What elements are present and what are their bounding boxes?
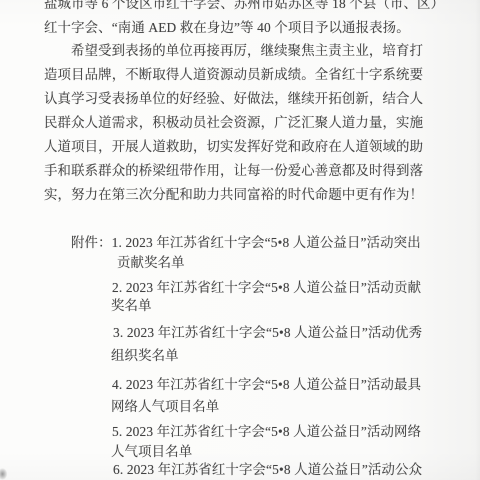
attachment-item-line: 人气项目名单 (111, 443, 192, 460)
body-line: 民群众人道需求，积极动员社会资源，广泛汇聚人道力量，实施 (44, 114, 423, 131)
attachment-item-line: 组织奖名单 (111, 347, 179, 364)
attachment-item-text: 1. 2023 年江苏省红十字会“5•8 人道公益日”活动突出 (112, 234, 421, 251)
body-line: 实，努力在第三次分配和助力共同富裕的时代命题中更有作为！ (44, 186, 423, 203)
document-page: 盐城市等 6 个设区市红十字会、苏州市姑苏区等 18 个县（市、区） 红十字会、… (0, 0, 480, 480)
body-line: 认真学习受表扬单位的好经验、好做法，继续开拓创新，结合人 (44, 90, 423, 107)
attachment-item-line: 3. 2023 年江苏省红十字会“5•8 人道公益日”活动优秀 (113, 324, 422, 341)
attachment-label: 附件： (71, 234, 112, 251)
attachment-item-line: 6. 2023 年江苏省红十字会“5•8 人道公益日”活动公众 (113, 461, 422, 478)
attachment-item-line: 附件： 1. 2023 年江苏省红十字会“5•8 人道公益日”活动突出 (71, 234, 421, 251)
body-line: 红十字会、“南通 AED 救在身边”等 40 个项目予以通报表扬。 (44, 19, 410, 36)
attachment-item-line: 奖名单 (111, 297, 152, 314)
body-line: 手和联系群众的桥梁纽带作用，让每一份爱心善意都及时得到落 (44, 162, 423, 179)
attachment-item-line: 5. 2023 年江苏省红十字会“5•8 人道公益日”活动网络 (112, 423, 421, 440)
body-line: 人道项目，开展人道救助，切实发挥好党和政府在人道领域的助 (44, 138, 423, 155)
body-line: 盐城市等 6 个设区市红十字会、苏州市姑苏区等 18 个县（市、区） (44, 0, 444, 12)
attachment-item-line: 网络人气项目名单 (111, 398, 219, 415)
attachment-item-line: 4. 2023 年江苏省红十字会“5•8 人道公益日”活动最具 (112, 376, 421, 393)
scan-artifact (0, 466, 9, 480)
attachment-item-line: 贡献奖名单 (117, 254, 185, 271)
body-line: 造项目品牌，不断取得人道资源动员新成绩。全省红十字系统要 (44, 66, 423, 83)
attachment-item-line: 2. 2023 年江苏省红十字会“5•8 人道公益日”活动贡献 (112, 279, 421, 296)
body-line: 希望受到表扬的单位再接再厉，继续聚焦主责主业，培育打 (71, 42, 423, 59)
